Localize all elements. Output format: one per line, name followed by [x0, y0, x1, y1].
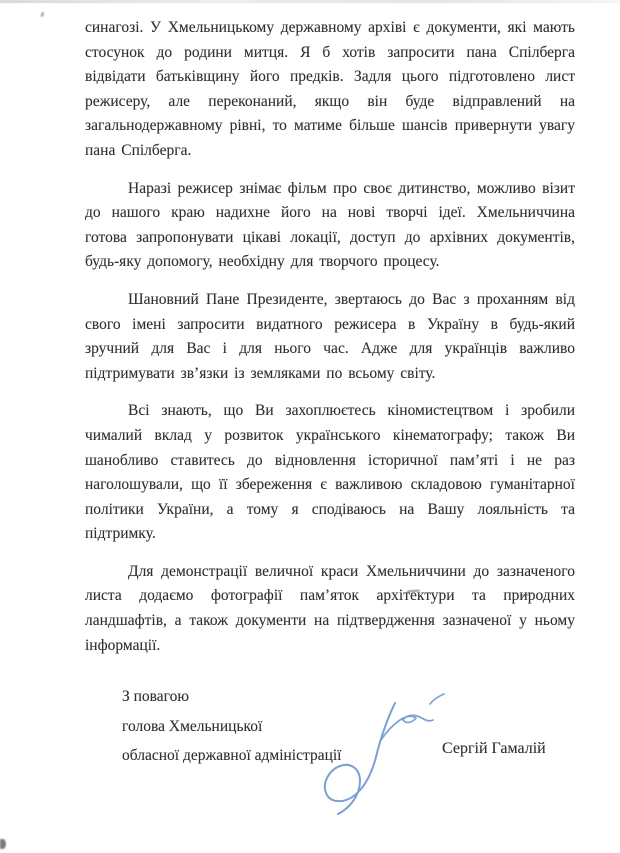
paragraph: синагозі. У Хмельницькому державному арх…: [85, 16, 575, 164]
paragraph: Наразі режисер знімає фільм про своє дит…: [85, 177, 575, 275]
signer-name: Сергій Гамалій: [442, 740, 546, 758]
scan-speck-artifact: [40, 12, 44, 18]
scanned-letter-page: синагозі. У Хмельницькому державному арх…: [0, 0, 620, 853]
paragraph: Для демонстрації величної краси Хмельнич…: [85, 560, 575, 658]
scan-speck-artifact: [0, 839, 6, 849]
scan-edge-artifact: [0, 0, 620, 3]
paragraph: Шановний Пане Президенте, звертаюсь до В…: [85, 288, 575, 386]
paragraph: Всі знають, що Ви захоплюєтесь кіномисте…: [85, 399, 575, 547]
letter-body: синагозі. У Хмельницькому державному арх…: [85, 16, 575, 671]
handwritten-signature-ink: [300, 683, 460, 823]
